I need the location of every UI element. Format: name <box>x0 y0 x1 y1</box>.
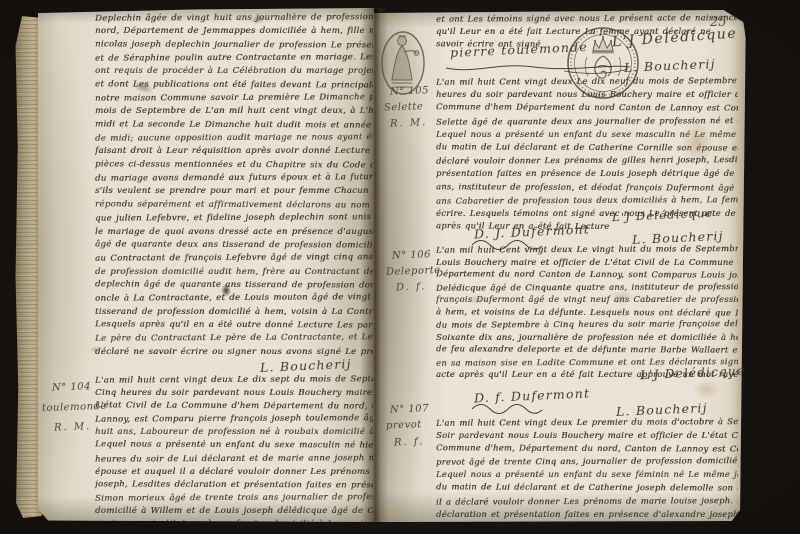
manuscript-line: Lannoy, est Comparu pierre françois jose… <box>95 413 373 428</box>
manuscript-line: épouse et auquel il a déclaré vouloir do… <box>95 466 373 479</box>
manuscript-line: et de Séraphine poulin autre Contractant… <box>95 51 373 66</box>
book-page-edges <box>15 16 42 518</box>
signature-bouchery: L. Boucherij <box>260 356 352 375</box>
manuscript-line: Commune d'hem Département du nord Canton… <box>436 101 738 116</box>
manuscript-line: ans Cabaretier de profession tous deux d… <box>436 193 738 208</box>
margin-act-number: N° 104 <box>52 381 91 393</box>
manuscript-line: Le père du Contractant Le père de La Con… <box>95 332 373 347</box>
manuscript-line: Deplechin âgée de vingt huit ans journal… <box>95 11 373 26</box>
manuscript-line: Département du nord Canton de Lannoy, so… <box>436 267 738 281</box>
manuscript-line: déclaré vouloir donner Les prénoms de gi… <box>436 153 738 168</box>
margin-note: R. M. <box>390 117 428 129</box>
manuscript-line: le mariage de quoi avons dressé acte en … <box>95 226 373 239</box>
manuscript-line: nord, Département de Jemmappes domicilié… <box>95 25 373 38</box>
manuscript-line: L'an mil huit cent vingt deux Le dix sep… <box>95 373 373 388</box>
signature-flourish <box>470 238 544 252</box>
manuscript-line: tisserand de profession domicilié à hem,… <box>95 306 373 319</box>
manuscript-line: il a déclaré vouloir donner Les prénoms … <box>436 494 738 509</box>
manuscript-line: domicilié à Willem et de Louis joseph dé… <box>95 505 373 518</box>
death-act-106-text-block: L'an mil huit Cent vingt deux Le vingt h… <box>436 243 738 381</box>
margin-note: R. M. <box>54 421 92 433</box>
manuscript-line: oncle à La Contractante, et de Louis mou… <box>95 291 373 306</box>
manuscript-line: Simon morieux âgé de trente trois ans jo… <box>95 491 373 506</box>
manuscript-line: déclaration et présentation faites en pr… <box>436 508 738 521</box>
manuscript-line: Delédicque âgé de Cinquante quatre ans, … <box>436 280 738 294</box>
book-gutter-shadow <box>360 8 388 522</box>
manuscript-line: Selette âgé de quarante deux ans journal… <box>436 114 738 129</box>
manuscript-line: présentation faites en présence de Louis… <box>436 167 738 180</box>
signature-flourish <box>470 402 544 416</box>
manuscript-line: huit ans, Laboureur de profession né à r… <box>95 426 373 439</box>
manuscript-line: de feu alexandre deleporte et de défunte… <box>436 342 738 356</box>
margin-note: D. f. <box>396 281 427 293</box>
left-page: Deplechin âgée de vingt huit ans journal… <box>38 8 374 522</box>
margin-act-number: N° 107 <box>390 403 429 415</box>
margin-family-name: Selette <box>384 101 424 113</box>
manuscript-line: ont requis de procéder à La Célébration … <box>95 65 373 78</box>
margin-family-name: prevot <box>386 419 422 431</box>
manuscript-line: de midi; aucune opposition audit mariage… <box>95 131 373 146</box>
margin-note: R. f. <box>394 436 425 448</box>
manuscript-line: que julien Lefebvre, et fideline joseph … <box>95 211 373 226</box>
manuscript-line: françois Dufermont âgé de vingt neuf ans… <box>436 293 738 306</box>
manuscript-line: quatre ans, instituteur de profession do… <box>95 517 373 522</box>
manuscript-line: Lequel nous a présenté un enfant du sexe… <box>436 128 738 141</box>
manuscript-line: ans, instituteur de profession, et déoda… <box>436 180 738 195</box>
manuscript-line: nicolas joseph deplechin journalier de p… <box>95 38 373 53</box>
manuscript-line: s'ils veulent se prendre pour mari et po… <box>95 185 373 198</box>
manuscript-line: joseph, Lesdites déclaration et présenta… <box>95 478 373 492</box>
manuscript-line: du mariage avons demandé aux futurs épou… <box>95 171 373 186</box>
manuscript-line: Soir pardevant nous Louis Bouchery maire… <box>436 429 738 442</box>
manuscript-line: Lequel nous a présenté un enfant du sexe… <box>95 439 373 453</box>
marriage-act-text-block: Deplechin âgée de vingt huit ans journal… <box>95 12 373 359</box>
manuscript-line: Soixante dix ans, journalière de profess… <box>436 331 738 344</box>
manuscript-line: au Contractant de françois Lefebvre âgé … <box>95 251 373 266</box>
manuscript-line: du mois de Septembre à Cinq heures du so… <box>436 317 738 331</box>
birth-act-104-text-block: L'an mil huit cent vingt deux Le dix sep… <box>95 374 373 522</box>
register-photo: Deplechin âgée de vingt huit ans journal… <box>0 0 800 534</box>
manuscript-line: prevot âgé de trente Cinq ans, journalie… <box>436 454 738 469</box>
birth-act-107-text-block: L'an mil huit Cent vingt deux Le premier… <box>436 416 738 522</box>
manuscript-line: Louis Bouchery maire et officier de L'ét… <box>436 256 738 269</box>
right-page: 25 et ont Les témoins signé avec nous Le… <box>374 10 746 522</box>
manuscript-line: mois de Septembre de L'an mil huit cent … <box>95 105 373 118</box>
manuscript-line: faisant droit à Leur réquisition après a… <box>95 145 373 158</box>
manuscript-line: L'an mil huit Cent vingt deux Le premier… <box>436 415 738 430</box>
manuscript-line: de profession domicilié audit hem, frère… <box>95 266 373 279</box>
manuscript-line: Lequel nous a présenté un enfant du sexe… <box>436 468 738 481</box>
signature-flourish <box>444 60 634 76</box>
manuscript-line: notre maison Commune savoir La première … <box>95 91 373 106</box>
manuscript-line: Cinq heures du soir pardevant nous Louis… <box>95 387 373 400</box>
manuscript-line: du matin de Lui déclarant et de Catherin… <box>436 481 738 495</box>
margin-act-number: N° 106 <box>392 249 431 261</box>
manuscript-line: et dont Les publications ont été faites … <box>95 78 373 93</box>
signature-bouchery: L. Boucherij <box>624 56 716 75</box>
manuscript-line: heures du soir de Lui déclarant et de ma… <box>95 452 373 467</box>
margin-family-name: Deleporte <box>386 265 441 278</box>
